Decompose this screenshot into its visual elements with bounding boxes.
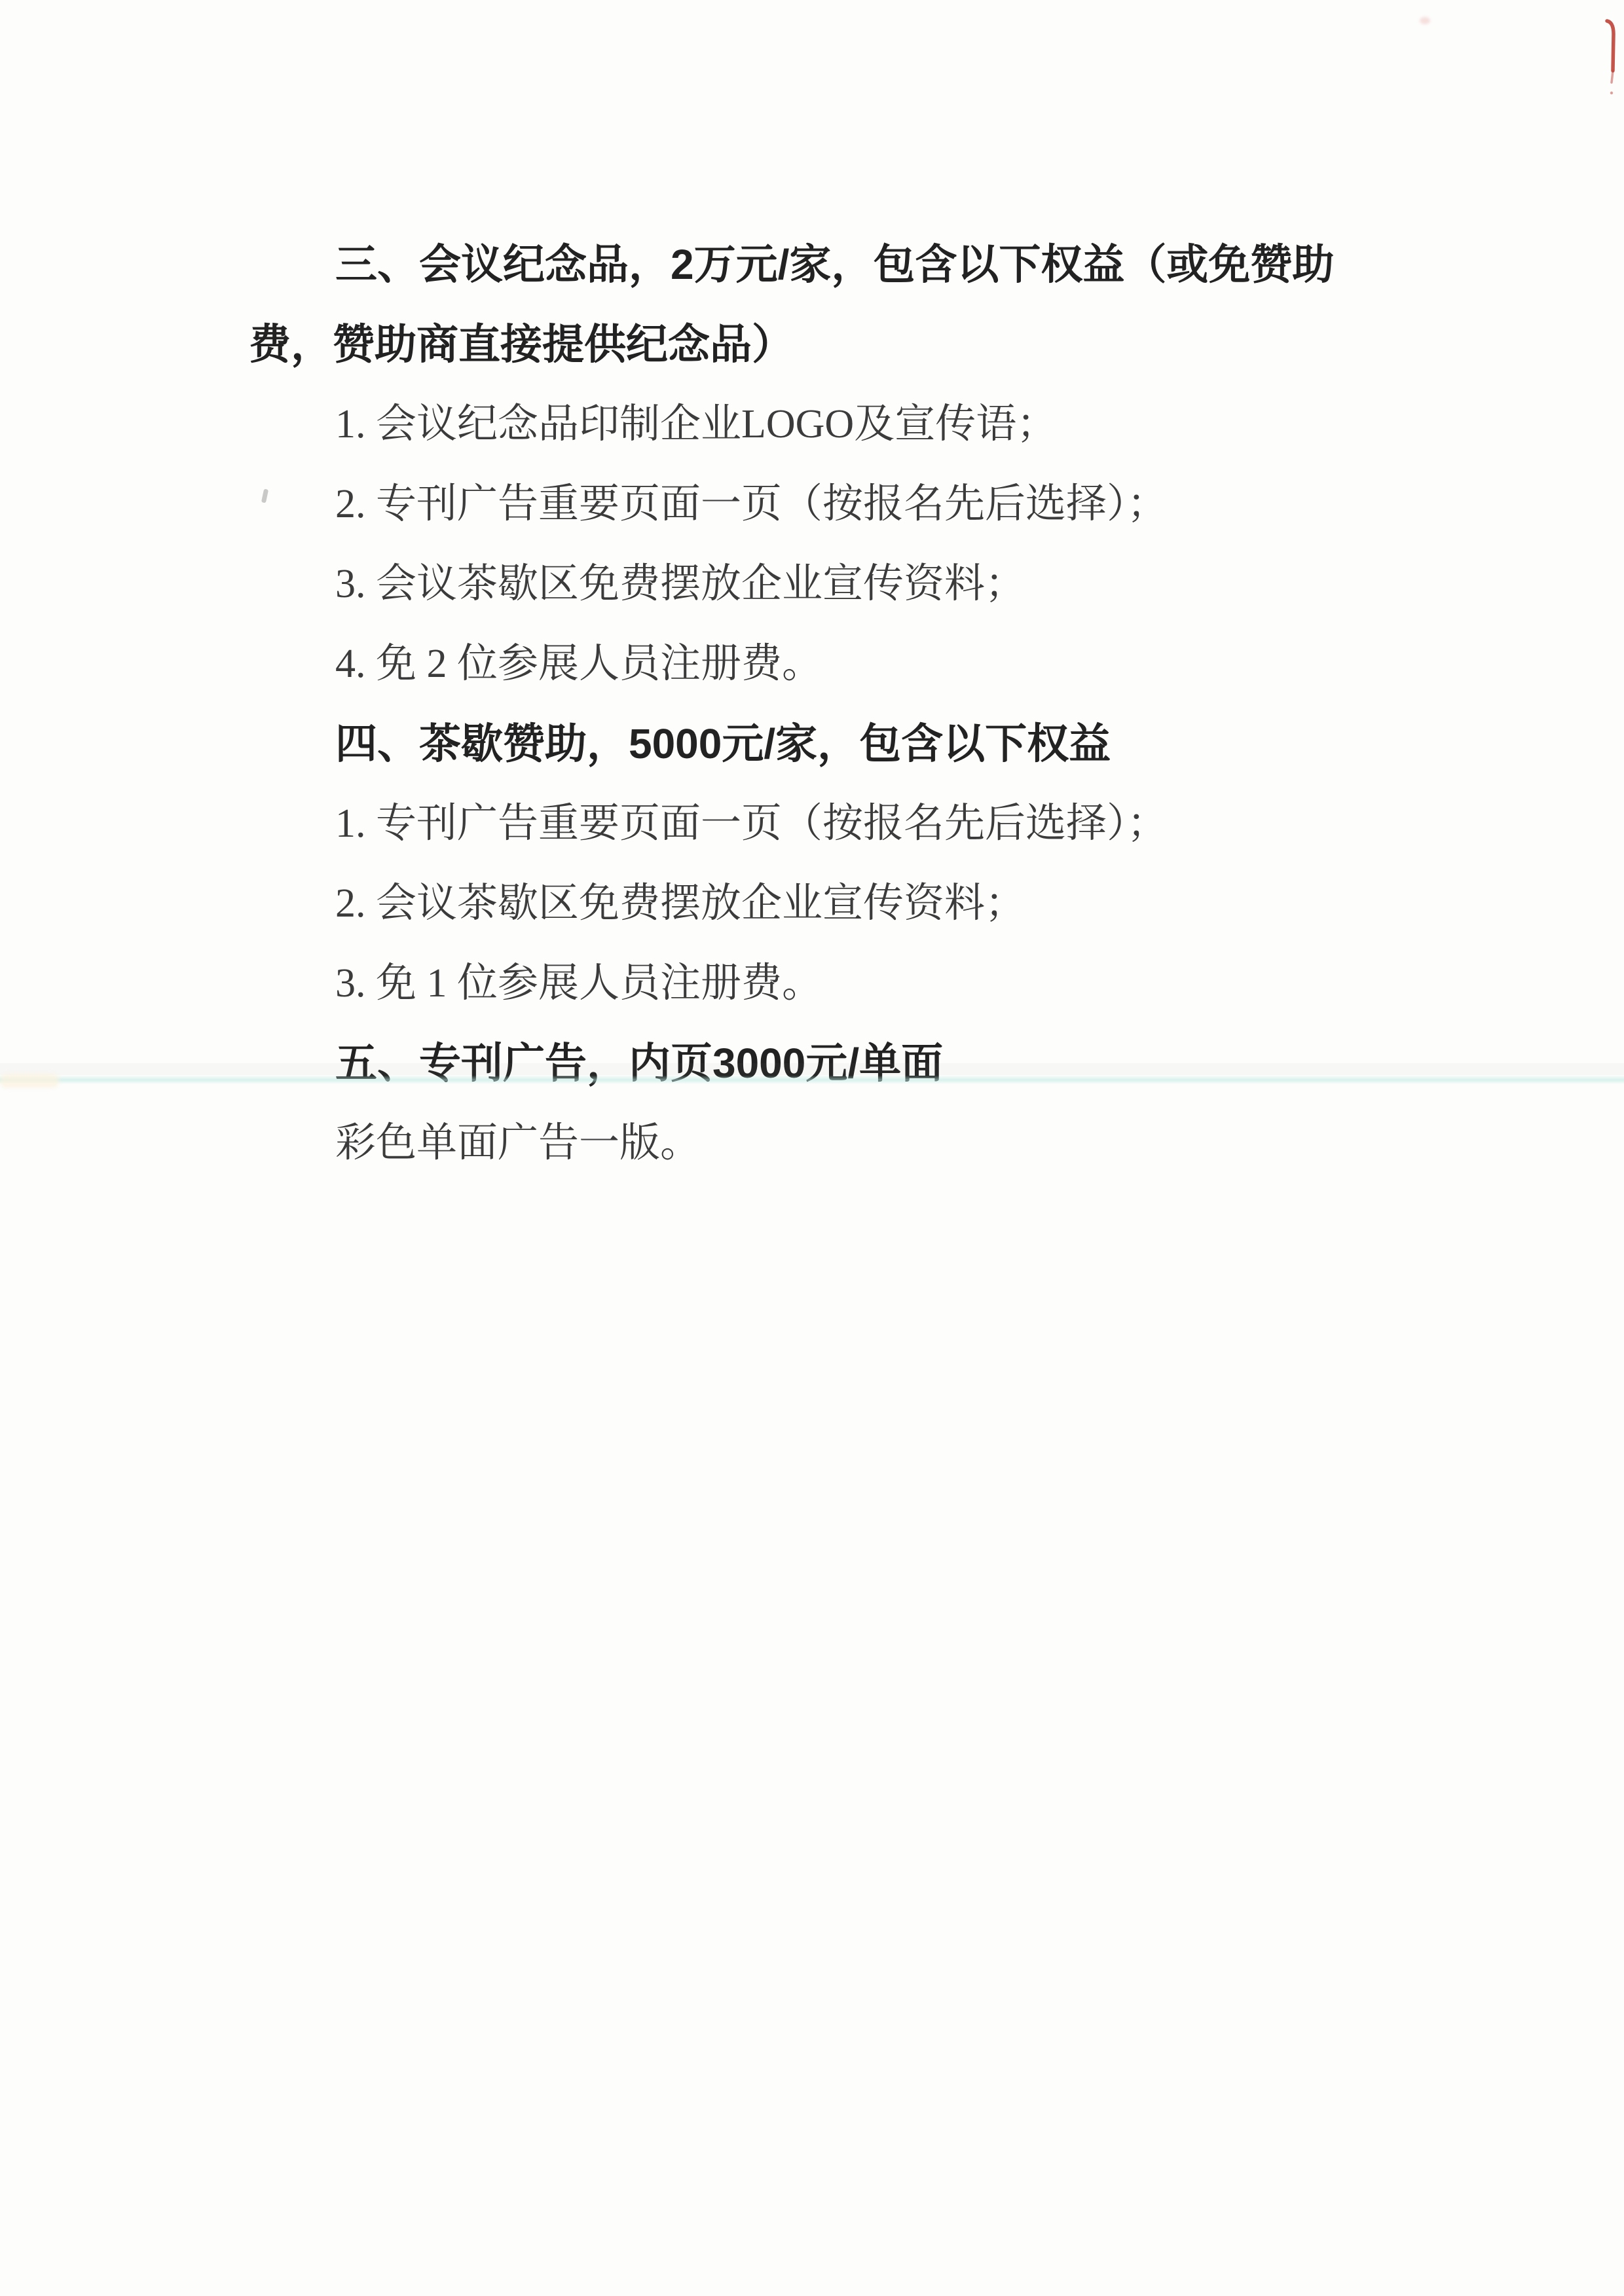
section-four-benefit-3: 3. 免 1 位参展人员注册费。	[249, 943, 1401, 1023]
scanned-document-page: 三、会议纪念品，2万元/家，包含以下权益（或免赞助 费，赞助商直接提供纪念品） …	[0, 0, 1624, 2296]
document-text-block: 三、会议纪念品，2万元/家，包含以下权益（或免赞助 费，赞助商直接提供纪念品） …	[249, 225, 1401, 1183]
section-three-benefit-1: 1. 会议纪念品印制企业LOGO及宣传语；	[249, 384, 1401, 464]
red-pen-stroke-main	[1607, 21, 1614, 71]
scan-artifact-cyan-line	[0, 1075, 1624, 1084]
red-pen-stroke-tail	[1612, 71, 1613, 82]
section-three-benefit-4: 4. 免 2 位参展人员注册费。	[249, 624, 1401, 704]
heading-section-four: 四、茶歇赞助，5000元/家，包含以下权益	[249, 704, 1401, 784]
scan-artifact-warm-blob	[0, 1074, 59, 1088]
scan-artifact-pink-smudge	[1420, 17, 1430, 24]
section-four-benefit-2: 2. 会议茶歇区免费摆放企业宣传资料；	[249, 864, 1401, 943]
section-four-benefit-1: 1. 专刊广告重要页面一页（按报名先后选择）；	[249, 784, 1401, 864]
section-three-benefit-2: 2. 专刊广告重要页面一页（按报名先后选择）；	[249, 464, 1401, 544]
red-pen-mark-icon	[1602, 12, 1624, 103]
heading-section-three: 三、会议纪念品，2万元/家，包含以下权益（或免赞助	[249, 225, 1401, 304]
section-five-description: 彩色单面广告一版。	[249, 1103, 1401, 1183]
red-pen-dot	[1610, 92, 1613, 94]
section-three-benefit-3: 3. 会议茶歇区免费摆放企业宣传资料；	[249, 544, 1401, 624]
scan-artifact-gray-band	[0, 1063, 1624, 1075]
heading-section-three-continuation: 费，赞助商直接提供纪念品）	[249, 304, 1401, 384]
